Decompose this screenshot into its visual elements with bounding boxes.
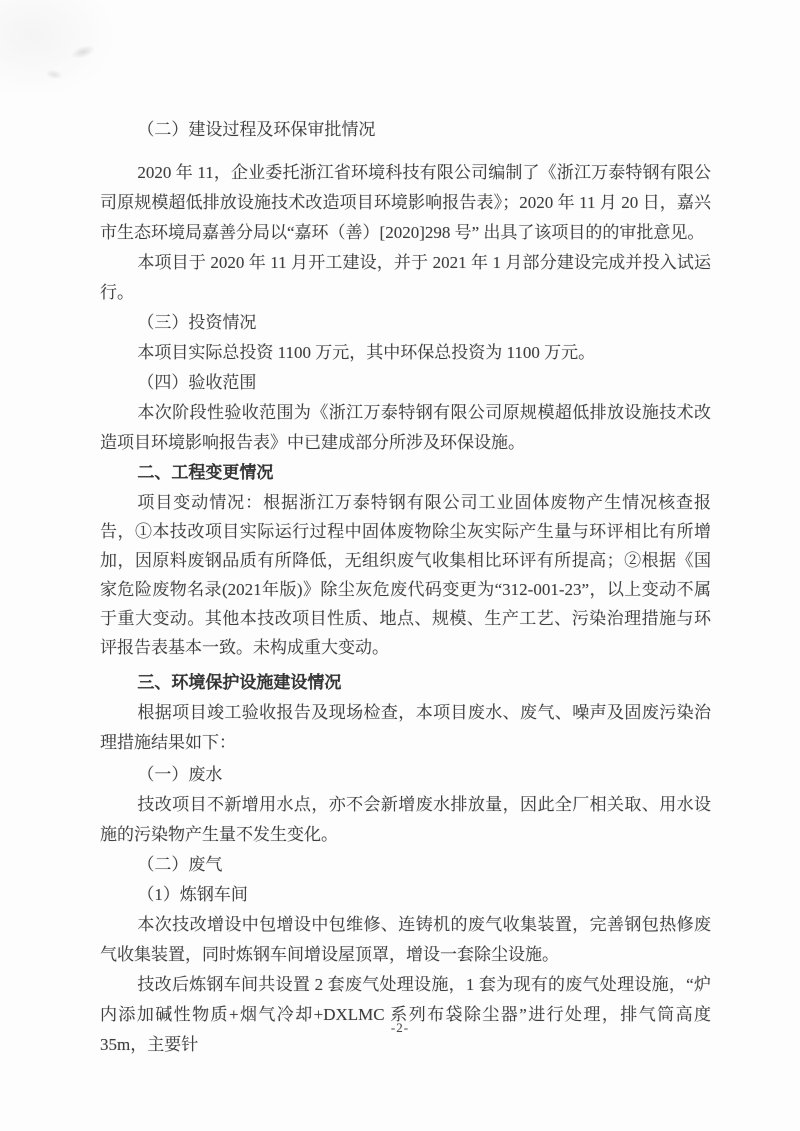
document-body: （二）建设过程及环保审批情况 2020 年 11，企业委托浙江省环境科技有限公司… <box>100 115 711 1060</box>
scan-smudge-artifact <box>64 39 101 65</box>
section-heading-project-changes: 二、工程变更情况 <box>100 458 711 488</box>
paragraph-investment-amount: 本项目实际总投资 1100 万元，其中环保总投资为 1100 万元。 <box>100 338 711 368</box>
paragraph-acceptance-scope: 本次阶段性验收范围为《浙江万泰特钢有限公司原规模超低排放设施技术改造项目环境影响… <box>100 398 711 458</box>
paragraph-gas-treatment-facilities: 技改后炼钢车间共设置 2 套废气处理设施，1 套为现有的废气处理设施，“炉内添加… <box>100 970 711 1060</box>
document-page: （二）建设过程及环保审批情况 2020 年 11，企业委托浙江省环境科技有限公司… <box>0 0 800 1131</box>
subsection-heading-wastewater: （一）废水 <box>100 760 711 790</box>
subsection-heading-steelmaking-workshop: （1）炼钢车间 <box>100 880 711 910</box>
paragraph-construction-dates: 本项目于 2020 年 11 月开工建设，并于 2021 年 1 月部分建设完成… <box>100 248 711 308</box>
paragraph-approval-history: 2020 年 11，企业委托浙江省环境科技有限公司编制了《浙江万泰特钢有限公司原… <box>100 158 711 248</box>
paragraph-project-changes: 项目变动情况：根据浙江万泰特钢有限公司工业固体废物产生情况核查报告，①本技改项目… <box>100 488 711 662</box>
subsection-heading-acceptance-scope: （四）验收范围 <box>100 368 711 398</box>
subsection-heading-construction-approval: （二）建设过程及环保审批情况 <box>100 115 711 145</box>
paragraph-wastewater: 技改项目不新增用水点，亦不会新增废水排放量，因此全厂相关取、用水设施的污染物产生… <box>100 790 711 850</box>
page-number: -2- <box>0 1020 800 1036</box>
section-heading-env-protection-facilities: 三、环境保护设施建设情况 <box>100 668 711 698</box>
paragraph-gas-collection-devices: 本次技改增设中包增设中包维修、连铸机的废气收集装置，完善钢包热修废气收集装置，同… <box>100 910 711 970</box>
subsection-heading-waste-gas: （二）废气 <box>100 850 711 880</box>
subsection-heading-investment: （三）投资情况 <box>100 308 711 338</box>
scan-smudge-artifact <box>41 66 67 84</box>
paragraph-inspection-intro: 根据项目竣工验收报告及现场检查，本项目废水、废气、噪声及固废污染治理措施结果如下… <box>100 698 711 758</box>
